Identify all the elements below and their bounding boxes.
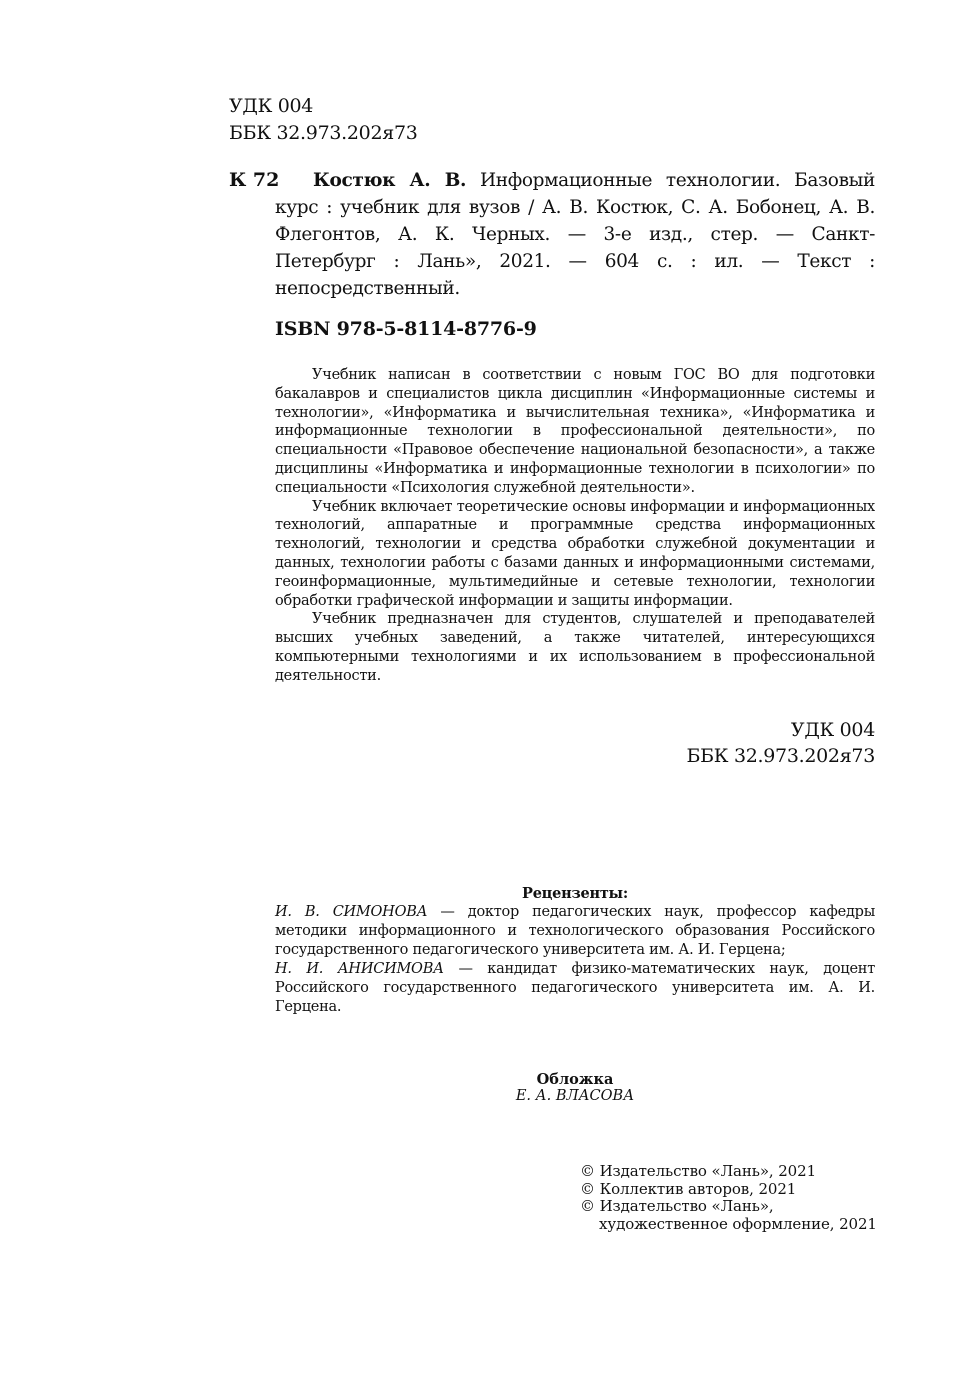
bbk-code: ББК 32.973.202я73: [229, 120, 418, 147]
bottom-classification-codes: УДК 004 ББК 32.973.202я73: [686, 717, 875, 769]
udk-code: УДК 004: [686, 717, 875, 743]
reviewers-heading: Рецензенты:: [275, 884, 875, 903]
copyright-line: © Издательство «Лань», 2021: [580, 1163, 877, 1181]
entry-author: Костюк А. В.: [313, 170, 466, 191]
catalog-entry: Костюк А. В. Информационные технологии. …: [275, 167, 875, 302]
reviewer-name: И. В. СИМОНОВА: [275, 904, 427, 920]
copyright-line: © Коллектив авторов, 2021: [580, 1181, 877, 1199]
annotation-paragraph: Учебник написан в соответствии с новым Г…: [275, 366, 875, 498]
cover-designer: Е. А. ВЛАСОВА: [475, 1088, 675, 1105]
annotation: Учебник написан в соответствии с новым Г…: [275, 366, 875, 686]
reviewers: Рецензенты: И. В. СИМОНОВА — доктор педа…: [275, 884, 875, 1017]
bbk-code: ББК 32.973.202я73: [686, 743, 875, 769]
cover-credit: Обложка Е. А. ВЛАСОВА: [475, 1071, 675, 1105]
annotation-paragraph: Учебник включает теоретические основы ин…: [275, 498, 875, 611]
cover-heading: Обложка: [475, 1071, 675, 1088]
udk-code: УДК 004: [229, 93, 418, 120]
copyright-block: © Издательство «Лань», 2021 © Коллектив …: [580, 1163, 877, 1233]
author-mark: К 72: [229, 167, 279, 194]
copyright-line-continuation: художественное оформление, 2021: [580, 1216, 877, 1234]
top-classification-codes: УДК 004 ББК 32.973.202я73: [229, 93, 418, 147]
reviewer: Н. И. АНИСИМОВА — кандидат физико-матема…: [275, 960, 875, 1017]
copyright-line: © Издательство «Лань»,: [580, 1198, 877, 1216]
reviewer: И. В. СИМОНОВА — доктор педагогических н…: [275, 903, 875, 960]
isbn: ISBN 978-5-8114-8776-9: [275, 316, 537, 343]
annotation-paragraph: Учебник предназначен для студентов, слуш…: [275, 610, 875, 685]
reviewer-name: Н. И. АНИСИМОВА: [275, 961, 444, 977]
